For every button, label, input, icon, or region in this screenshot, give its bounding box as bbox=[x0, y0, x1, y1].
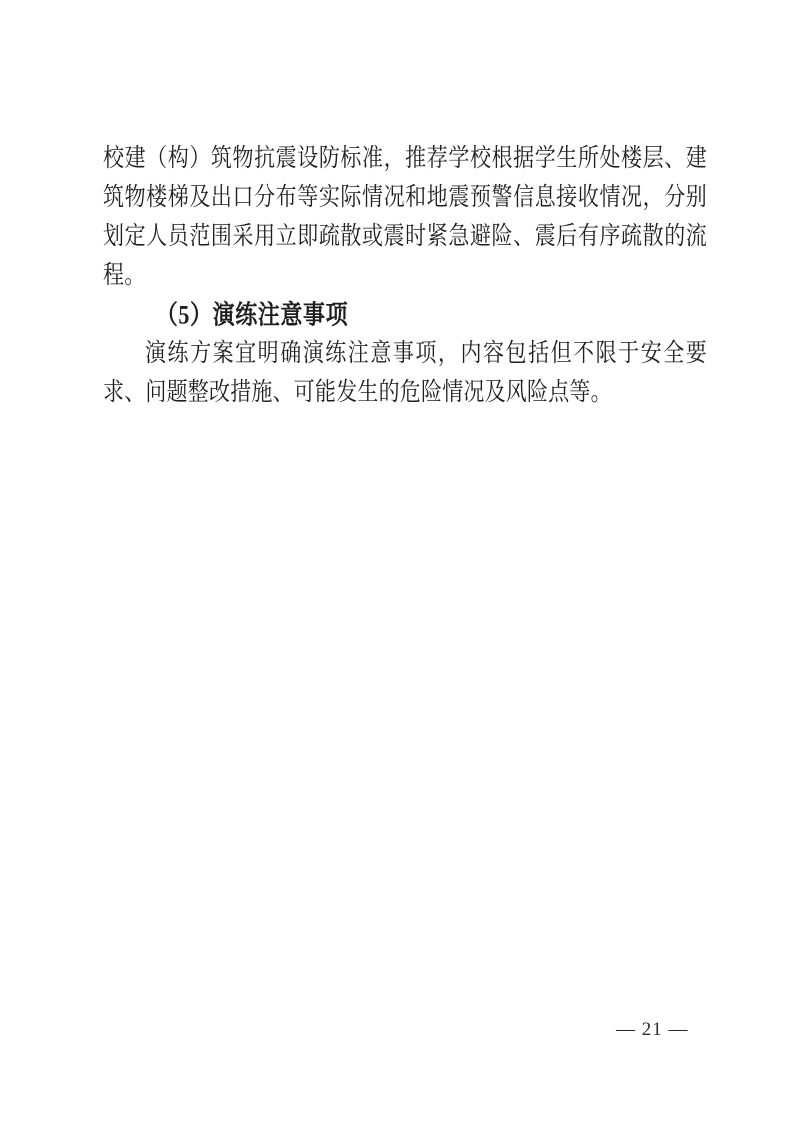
page-number: — 21 — bbox=[616, 1020, 689, 1039]
body-line-6: 求、问题整改措施、可能发生的危险情况及风险点等。 bbox=[103, 369, 707, 415]
document-page: 校建（构）筑物抗震设防标准，推荐学校根据学生所处楼层、建 筑物楼梯及出口分布等实… bbox=[0, 0, 800, 1131]
document-text-block: 校建（构）筑物抗震设防标准，推荐学校根据学生所处楼层、建 筑物楼梯及出口分布等实… bbox=[103, 139, 707, 412]
